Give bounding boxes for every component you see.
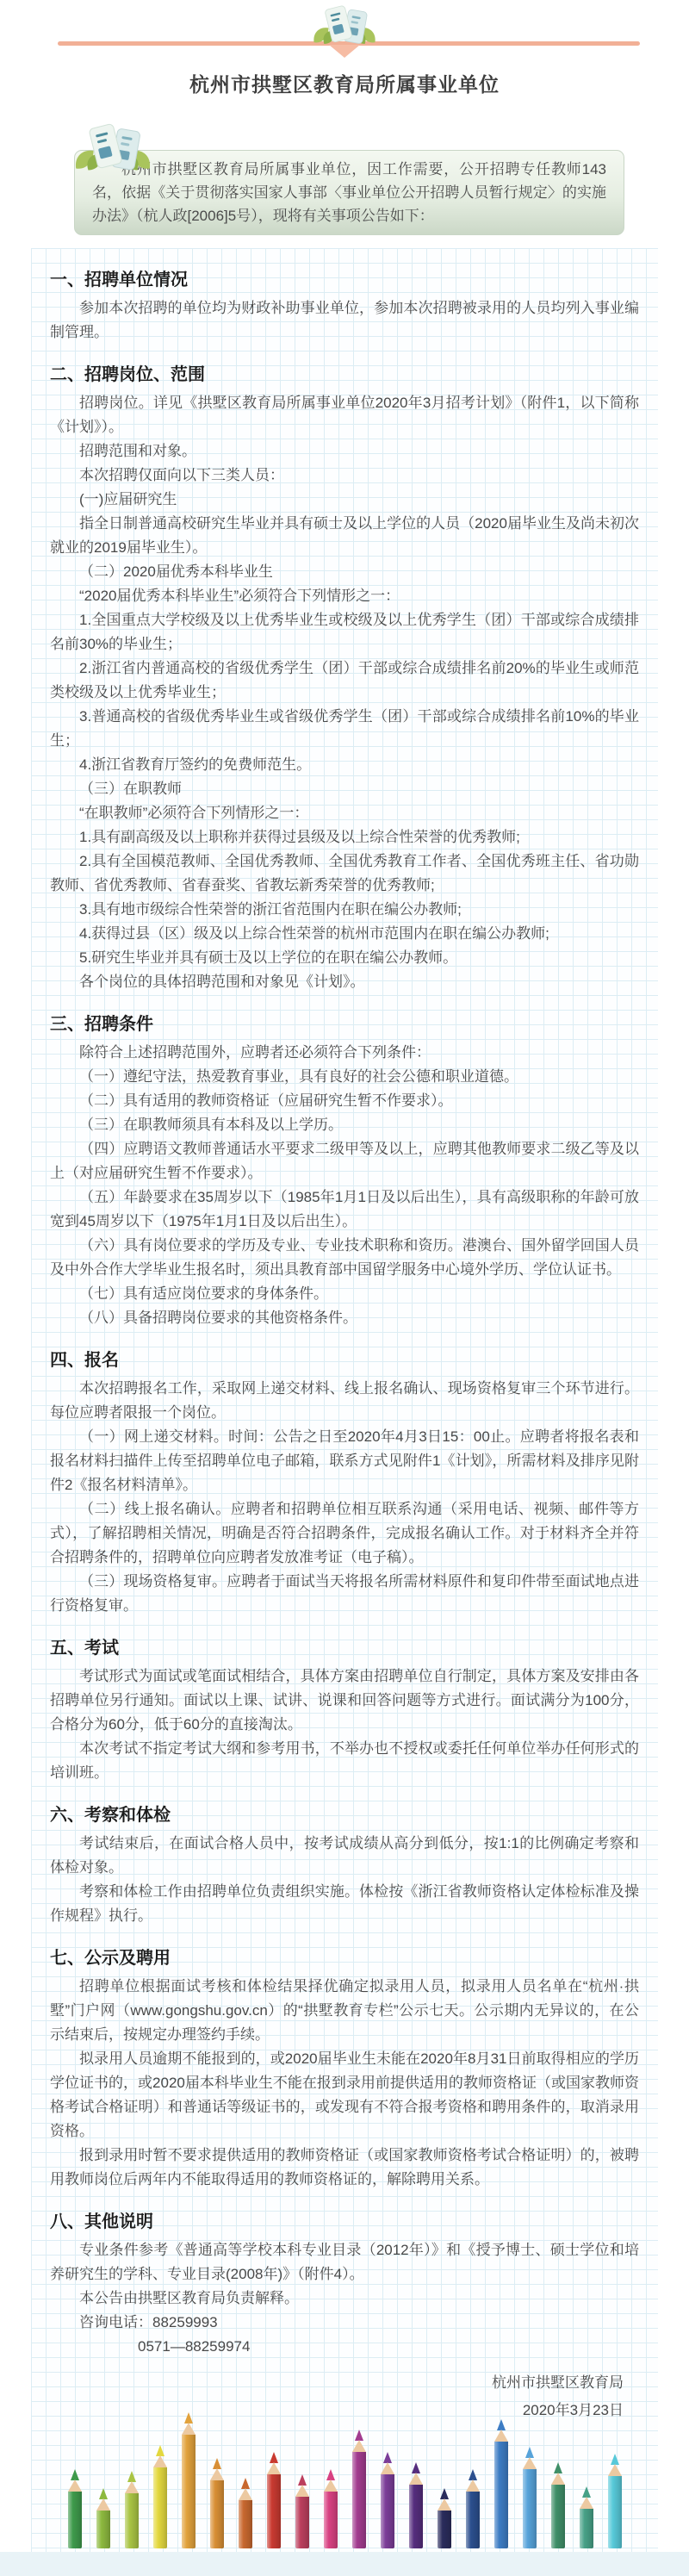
paragraph: （三）在职教师须具有本科及以上学历。: [50, 1113, 639, 1137]
pencil-icon: [153, 2445, 167, 2548]
section-heading: 七、公示及聘用: [50, 1945, 639, 1971]
pencil-icon: [210, 2458, 224, 2548]
intro-paragraph: 杭州市拱墅区教育局所属事业单位，因工作需要，公开招聘专任教师143名，依据《关于…: [92, 158, 606, 227]
pencil-icon: [182, 2412, 196, 2548]
paragraph: （二）具有适用的教师资格证（应届研究生暂不作要求）。: [50, 1089, 639, 1113]
bottom-strip: [0, 2552, 689, 2576]
pencil-icon: [352, 2430, 366, 2548]
paragraph: 招聘岗位。详见《拱墅区教育局所属事业单位2020年3月招考计划》（附件1，以下简…: [50, 391, 639, 439]
paragraph: 3.具有地市级综合性荣誉的浙江省范围内在职在编公办教师;: [50, 898, 639, 922]
issue-date: 2020年3月23日: [50, 2397, 624, 2424]
pencil-icon: [381, 2452, 394, 2548]
announcement-page: { "header": { "title": "杭州市拱墅区教育局所属事业单位"…: [0, 0, 689, 2576]
pencil-icon: [580, 2486, 593, 2548]
document-body: 一、招聘单位情况参加本次招聘的单位均为财政补助事业单位，参加本次招聘被录用的人员…: [31, 248, 658, 2552]
pencils-decoration: [31, 2412, 658, 2548]
paragraph: 考察和体检工作由招聘单位负责组织实施。体检按《浙江省教师资格认定体检标准及操作规…: [50, 1880, 639, 1928]
paragraph: （三）现场资格复审。应聘者于面试当天将报名所需材料原件和复印件带至面试地点进行资…: [50, 1570, 639, 1618]
paragraph: （七）具有适应岗位要求的身体条件。: [50, 1282, 639, 1306]
section-heading: 二、招聘岗位、范围: [50, 362, 639, 388]
pencil-icon: [551, 2462, 565, 2548]
paragraph: 本次招聘报名工作，采取网上递交材料、线上报名确认、现场资格复审三个环节进行。每位…: [50, 1377, 639, 1425]
paragraph: 2.浙江省内普通高校的省级优秀学生（团）干部或综合成绩排名前20%的毕业生或师范…: [50, 656, 639, 705]
paragraph: （二）2020届优秀本科毕业生: [50, 560, 639, 584]
pencil-icon: [267, 2452, 281, 2548]
books-plant-icon: [67, 119, 158, 176]
paragraph: 2.具有全国模范教师、全国优秀教师、全国优秀教育工作者、全国优秀班主任、省功勋教…: [50, 849, 639, 898]
signature-block: 杭州市拱墅区教育局 2020年3月23日: [50, 2369, 639, 2424]
paragraph: “在职教师”必须符合下列情形之一：: [50, 801, 639, 825]
pencil-icon: [295, 2474, 309, 2548]
paragraph: （二）线上报名确认。应聘者和招聘单位相互联系沟通（采用电话、视频、邮件等方式），…: [50, 1497, 639, 1570]
paragraph: 0571—88259974: [50, 2335, 639, 2359]
pencil-icon: [324, 2469, 338, 2548]
paragraph: 本次招聘仅面向以下三类人员：: [50, 464, 639, 488]
paragraph: 4.获得过县（区）级及以上综合性荣誉的杭州市范围内在职在编公办教师;: [50, 922, 639, 946]
paragraph: 5.研究生毕业并具有硕士及以上学位的在职在编公办教师。: [50, 946, 639, 970]
paragraph: （六）具有岗位要求的学历及专业、专业技术职称和资历。港澳台、国外留学回国人员及中…: [50, 1234, 639, 1282]
pencil-icon: [409, 2462, 423, 2548]
paragraph: 报到录用时暂不要求提供适用的教师资格证（或国家教师资格考试合格证明）的，被聘用教…: [50, 2144, 639, 2192]
paragraph: 考试形式为面试或笔面试相结合，具体方案由招聘单位自行制定，具体方案及安排由各招聘…: [50, 1664, 639, 1737]
paragraph: 专业条件参考《普通高等学校本科专业目录（2012年）》和《授予博士、硕士学位和培…: [50, 2238, 639, 2287]
paragraph: 拟录用人员逾期不能报到的，或2020届毕业生未能在2020年8月31日前取得相应…: [50, 2047, 639, 2144]
pencil-icon: [494, 2419, 508, 2548]
pencil-icon: [96, 2488, 110, 2548]
section-heading: 三、招聘条件: [50, 1011, 639, 1037]
issuing-org: 杭州市拱墅区教育局: [50, 2369, 624, 2397]
pencil-icon: [125, 2471, 139, 2548]
paragraph: 本公告由拱墅区教育局负责解释。: [50, 2287, 639, 2311]
section-heading: 四、报名: [50, 1347, 639, 1373]
paragraph: （一）遵纪守法，热爱教育事业，具有良好的社会公德和职业道德。: [50, 1065, 639, 1089]
pencil-icon: [608, 2454, 622, 2548]
paragraph: （一）网上递交材料。时间：公告之日至2020年4月3日15：00止。应聘者将报名…: [50, 1425, 639, 1497]
paragraph: （四）应聘语文教师普通话水平要求二级甲等及以上，应聘其他教师要求二级乙等及以上（…: [50, 1137, 639, 1185]
pencil-icon: [68, 2469, 82, 2548]
paragraph: 指全日制普通高校研究生毕业并具有硕士及以上学位的人员（2020届毕业生及尚未初次…: [50, 512, 639, 560]
section-heading: 六、考察和体检: [50, 1802, 639, 1828]
pencil-icon: [466, 2469, 480, 2548]
section-heading: 五、考试: [50, 1635, 639, 1661]
section-heading: 八、其他说明: [50, 2209, 639, 2235]
paragraph: 4.浙江省教育厅签约的免费师范生。: [50, 753, 639, 777]
section-heading: 一、招聘单位情况: [50, 267, 639, 293]
pencil-icon: [239, 2478, 252, 2548]
paragraph: 参加本次招聘的单位均为财政补助事业单位，参加本次招聘被录用的人员均列入事业编制管…: [50, 296, 639, 345]
paragraph: 咨询电话：88259993: [50, 2311, 639, 2335]
books-plant-icon: [307, 2, 382, 48]
pencil-icon: [523, 2447, 537, 2548]
paragraph: 本次考试不指定考试大纲和参考用书，不举办也不授权或委托任何单位举办任何形式的培训…: [50, 1737, 639, 1785]
paragraph: （五）年龄要求在35周岁以下（1985年1月1日及以后出生），具有高级职称的年龄…: [50, 1185, 639, 1234]
pencil-icon: [438, 2488, 451, 2548]
paragraph: 1.全国重点大学校级及以上优秀毕业生或校级及以上优秀学生（团）干部或综合成绩排名…: [50, 608, 639, 656]
paragraph: 考试结束后，在面试合格人员中，按考试成绩从高分到低分，按1:1的比例确定考察和体…: [50, 1832, 639, 1880]
paragraph: （三）在职教师: [50, 777, 639, 801]
paragraph: 各个岗位的具体招聘范围和对象见《计划》。: [50, 970, 639, 994]
paragraph: (一)应届研究生: [50, 488, 639, 512]
sections-container: 一、招聘单位情况参加本次招聘的单位均为财政补助事业单位，参加本次招聘被录用的人员…: [50, 267, 639, 2359]
page-title: 杭州市拱墅区教育局所属事业单位: [0, 69, 689, 97]
paragraph: “2020届优秀本科毕业生”必须符合下列情形之一：: [50, 584, 639, 608]
paragraph: 招聘范围和对象。: [50, 439, 639, 464]
paragraph: 1.具有副高级及以上职称并获得过县级及以上综合性荣誉的优秀教师;: [50, 825, 639, 849]
paragraph: 招聘单位根据面试考核和体检结果择优确定拟录用人员，拟录用人员名单在“杭州·拱墅”…: [50, 1975, 639, 2047]
paragraph: （八）具备招聘岗位要求的其他资格条件。: [50, 1306, 639, 1330]
paragraph: 除符合上述招聘范围外，应聘者还必须符合下列条件：: [50, 1041, 639, 1065]
paragraph: 3.普通高校的省级优秀毕业生或省级优秀学生（团）干部或综合成绩排名前10%的毕业…: [50, 705, 639, 753]
